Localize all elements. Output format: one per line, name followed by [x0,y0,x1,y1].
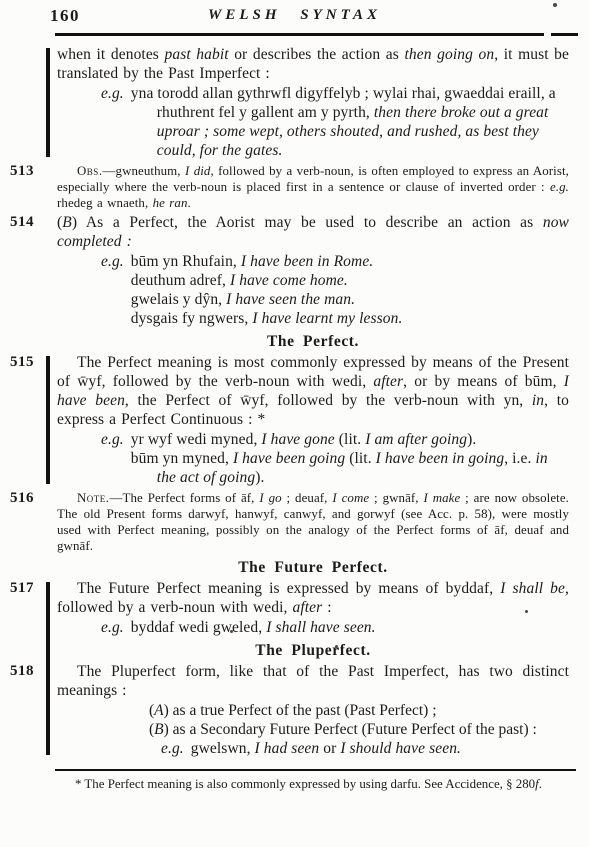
text-run: then going on [404,46,494,63]
section-number: 514 [10,213,50,232]
text-run: in [532,392,544,409]
text-run: byddaf wedi gweled, [131,619,266,636]
book-page: 160 WELSH SYNTAX when it denotes past ha… [0,0,589,847]
heading-the-future-perfect: The Future Perfect. [57,558,569,577]
text-run: or describes the action as [229,46,405,63]
text-run: I have been in Rome. [241,253,373,270]
text-run: būm yn Rhufain, [131,253,241,270]
text-run: B [62,214,72,231]
text-run: after [293,599,323,616]
example-line: byddaf wedi gweled, I shall have seen. [131,618,569,637]
text-run: rhedeg a wnaeth, [57,196,153,210]
heading-the-perfect: The Perfect. [57,332,569,351]
text-run: I have been going [233,450,345,467]
text-run: gwelswn, [191,740,255,757]
text-run: I have come home. [230,272,348,289]
section-number: 516 [10,490,50,506]
text-run: * The Perfect meaning is also commonly e… [75,777,535,791]
example-block: e.g.yr wyf wedi myned, I have gone (lit.… [101,430,569,487]
example-block: e.g.gwelswn, I had seen or I should have… [161,739,569,758]
section-516: 516Note.—The Perfect forms of āf, I go ;… [57,490,569,554]
text-run: dysgais fy ngwers, [131,310,253,327]
text-run: gwelais y dŷn, [131,291,226,308]
example-line: būm yn Rhufain, I have been in Rome. [131,252,569,271]
text-run: ) as a Secondary Future Perfect (Future … [164,721,537,738]
text-run: būm yn myned, [131,450,233,467]
section-515: 515The Perfect meaning is most commonly … [57,353,569,487]
example-line: yna torodd allan gythrwfl digyffelyb ; w… [131,84,569,160]
text-run: , the Perfect of w̄yf, followed by the v… [125,392,532,409]
paragraph: 515The Perfect meaning is most commonly … [57,353,569,429]
scan-speck [553,3,557,7]
text-run: I shall have seen. [266,619,375,636]
text-run: I shall be [500,580,565,597]
example-line: gwelais y dŷn, I have seen the man. [131,290,569,309]
section-heading: The Future Perfect. [57,558,569,577]
text-run: , or by means of būm, [403,373,564,390]
example-line: būm yn myned, I have been going (lit. I … [131,449,569,487]
text-run: past habit [165,46,229,63]
example-items: gwelswn, I had seen or I should have see… [191,739,569,758]
text-run: I have gone [261,431,334,448]
section-heading: The Pluperfect. [57,641,569,660]
text-run: Note. [77,491,110,505]
text-run: I have seen the man. [226,291,355,308]
section-number: 518 [10,662,50,681]
section-heading: The Perfect. [57,332,569,351]
example-label: e.g. [101,430,124,487]
example-block: e.g.byddaf wedi gweled, I shall have see… [101,618,569,637]
footnote-rule [55,769,576,771]
example-label: e.g. [161,739,184,758]
paragraph: 516Note.—The Perfect forms of āf, I go ;… [57,490,569,554]
header-rule-dash [551,33,578,36]
text-run: ). [255,469,264,486]
continued-paragraph: when it denotes past habit or describes … [57,45,569,160]
footnote-text: * The Perfect meaning is also commonly e… [75,777,542,791]
text-run: B [154,721,163,738]
text-run: —The Perfect forms of āf, [110,491,260,505]
section-number: 517 [10,579,50,598]
section-513: 513Obs.—gwneuthum, I did, followed by a … [57,163,569,211]
sections-517-518: 517The Future Perfect meaning is express… [57,579,569,758]
text-run: yr wyf wedi myned, [131,431,262,448]
example-line: gwelswn, I had seen or I should have see… [191,739,569,758]
text-run: I come [332,491,369,505]
text-run: . [539,777,542,791]
text-run: I should have seen. [340,740,461,757]
text-run: I had seen [255,740,320,757]
text-run: . [188,196,191,210]
text-run: (lit. [345,450,375,467]
example-line: dysgais fy ngwers, I have learnt my less… [131,309,569,328]
footnote: * The Perfect meaning is also commonly e… [57,776,569,793]
text-run: ). [467,431,476,448]
text-run: , i.e. [504,450,535,467]
text-run: I go [259,491,281,505]
text-run: I did [185,164,211,178]
text-run: ; gwnāf, [369,491,423,505]
text-run: The Future Perfect meaning is expressed … [77,580,500,597]
text-run: (lit. [335,431,365,448]
list-item: (B) as a Secondary Future Perfect (Futur… [149,720,569,739]
paragraph: 513Obs.—gwneuthum, I did, followed by a … [57,163,569,211]
text-run: I have been in going [376,450,505,467]
example-label: e.g. [101,618,124,637]
paragraph: 517The Future Perfect meaning is express… [57,579,569,617]
example-items: būm yn Rhufain, I have been in Rome.deut… [131,252,569,328]
text-run: deuthum adref, [131,272,230,289]
text-run: The Pluperfect form, like that of the Pa… [57,663,569,699]
page-body: when it denotes past habit or describes … [57,44,569,758]
paragraph: 518The Pluperfect form, like that of the… [57,662,569,700]
section-514: 514(B) As a Perfect, the Aorist may be u… [57,213,569,328]
text-run: I make [423,491,460,505]
example-block: e.g.būm yn Rhufain, I have been in Rome.… [101,252,569,328]
text-run: ; deuaf, [282,491,333,505]
section-number: 515 [10,353,50,372]
text-run: ) as a true Perfect of the past (Past Pe… [164,702,437,719]
running-title: WELSH SYNTAX [0,7,589,24]
text-run: he ran [153,196,188,210]
text-run: e.g. [550,180,569,194]
example-items: yna torodd allan gythrwfl digyffelyb ; w… [131,84,569,160]
paragraph: when it denotes past habit or describes … [57,45,569,83]
text-run: ) As a Perfect, the Aorist may be used t… [72,214,543,231]
example-items: byddaf wedi gweled, I shall have seen. [131,618,569,637]
text-run: : [322,599,331,616]
example-line: deuthum adref, I have come home. [131,271,569,290]
text-run: Obs. [77,164,103,178]
text-run: A [154,702,163,719]
text-run: —gwneuthum, [103,164,185,178]
list-item: (A) as a true Perfect of the past (Past … [149,701,569,720]
header-rule [55,33,544,36]
example-label: e.g. [101,84,124,160]
text-run: when it denotes [57,46,165,63]
text-run: I am after going [365,431,467,448]
text-run: I have learnt my lesson. [252,310,402,327]
example-label: e.g. [101,252,124,328]
example-line: yr wyf wedi myned, I have gone (lit. I a… [131,430,569,449]
section-number: 513 [10,163,50,179]
example-items: yr wyf wedi myned, I have gone (lit. I a… [131,430,569,487]
example-block: e.g.yna torodd allan gythrwfl digyffelyb… [101,84,569,160]
text-run: after [373,373,403,390]
text-run: or [319,740,340,757]
paragraph: 514(B) As a Perfect, the Aorist may be u… [57,213,569,251]
